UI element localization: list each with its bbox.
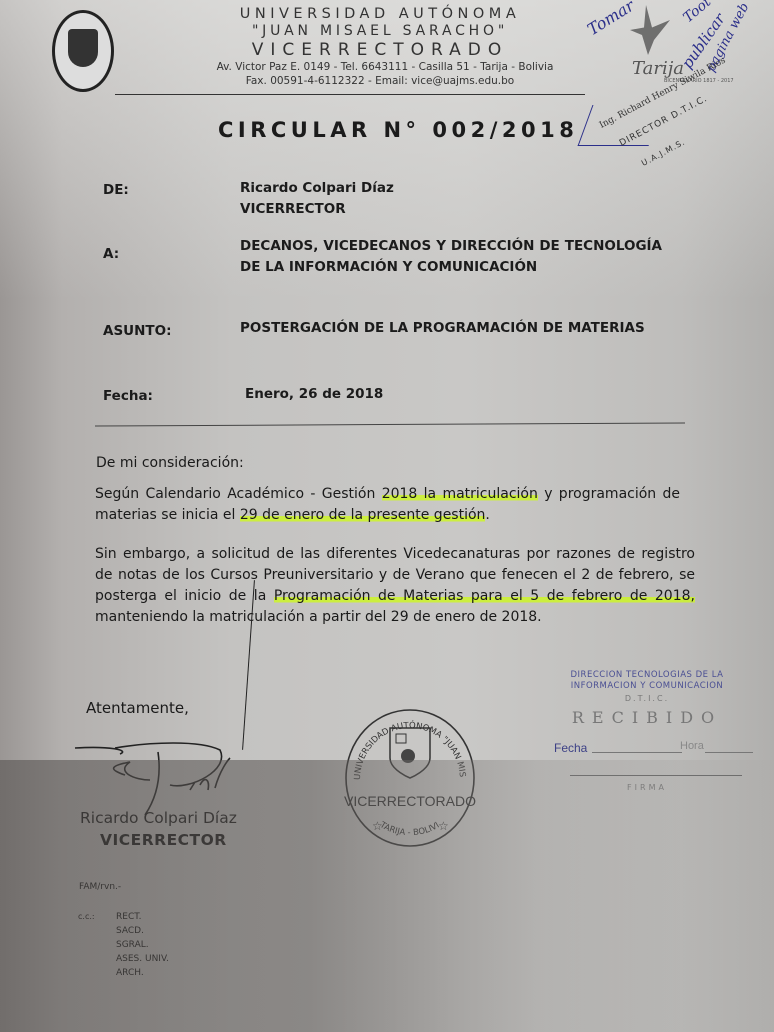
sender-role: VICERRECTOR (240, 199, 662, 220)
letterhead-university: UNIVERSIDAD AUTÓNOMA (180, 6, 580, 22)
cc-item: RECT. (116, 910, 169, 924)
field-value-a: DECANOS, VICEDECANOS Y DIRECCIÓN DE TECN… (240, 236, 662, 278)
stamp-firma-line (570, 775, 742, 776)
cc-item: SGRAL. (116, 938, 169, 952)
field-label-a: A: (103, 246, 119, 262)
letterhead-university-name: "JUAN MISAEL SARACHO" (180, 23, 580, 39)
stamp-status: RECIBIDO (552, 708, 742, 727)
p2-highlight: Programación de Materias para el 5 de fe… (274, 588, 695, 604)
cc-item: ASES. UNIV. (116, 952, 169, 966)
seal-center-text: VICERRECTORADO (344, 793, 476, 809)
handwritten-note: Tomar (584, 0, 638, 39)
field-value-asunto: POSTERGACIÓN DE LA PROGRAMACIÓN DE MATER… (240, 318, 662, 339)
stamp-hora-line (705, 752, 753, 753)
field-label-de: DE: (103, 182, 129, 198)
stamp-line-2: INFORMACION Y COMUNICACION (552, 681, 742, 691)
university-logo (52, 10, 114, 92)
letterhead-contact: Fax. 00591-4-6112322 - Email: vice@uajms… (180, 75, 580, 87)
cc-item: SACD. (116, 924, 169, 938)
letterhead-divider (115, 94, 585, 95)
greeting: De mi consideración: (96, 453, 244, 474)
seal-bottom-text: TARIJA - BOLIVIA (338, 700, 441, 838)
handwritten-signature (70, 730, 250, 815)
stamp-fecha-label: Fecha (554, 741, 587, 755)
stamp-line-1: DIRECCION TECNOLOGIAS DE LA (552, 670, 742, 680)
body-paragraph-2: Sin embargo, a solicitud de las diferent… (95, 544, 695, 628)
p1-text-3: . (485, 507, 489, 523)
closing: Atentamente, (86, 698, 189, 719)
bicentenary-logo-text: Tarija (632, 58, 684, 79)
field-label-fecha: Fecha: (103, 388, 153, 404)
cc-list: RECT. SACD. SGRAL. ASES. UNIV. ARCH. (116, 910, 169, 980)
signer-name: Ricardo Colpari Díaz (80, 808, 237, 829)
field-label-asunto: ASUNTO: (103, 323, 172, 339)
header-divider (95, 422, 685, 426)
shield-icon (68, 29, 98, 67)
stamp-line-3: D.T.I.C. (552, 694, 742, 703)
signer-role: VICERRECTOR (100, 830, 227, 851)
stamp-hora-label: Hora (680, 740, 704, 752)
stamp-firma-label: FIRMA (552, 783, 742, 792)
circular-title: CIRCULAR N° 002/2018 (218, 118, 578, 142)
p1-text: Según Calendario Académico - Gestión (95, 486, 382, 502)
body-paragraph-1: Según Calendario Académico - Gestión 201… (95, 484, 680, 526)
vicerrectorado-seal: UNIVERSIDAD AUTÓNOMA "JUAN MISAEL SARACH… (338, 700, 478, 850)
svg-text:TARIJA - BOLIVIA: TARIJA - BOLIVIA (338, 700, 441, 838)
svg-text:☆: ☆ (438, 819, 449, 833)
reference-initials: FAM/rvn.- (79, 882, 121, 892)
cc-item: ARCH. (116, 966, 169, 980)
letterhead-address: Av. Victor Paz E. 0149 - Tel. 6643111 - … (170, 61, 600, 73)
stamp-fecha-line (592, 752, 682, 753)
p1-highlight-2: 29 de enero de la presente gestión (240, 507, 486, 523)
p1-highlight-1: 2018 la matriculación (382, 486, 538, 502)
field-value-fecha: Enero, 26 de 2018 (245, 384, 667, 405)
p2-text-2: manteniendo la matriculación a partir de… (95, 609, 542, 625)
field-value-de: Ricardo Colpari Díaz VICERRECTOR (240, 178, 662, 220)
sender-name: Ricardo Colpari Díaz (240, 178, 662, 199)
letterhead-office: VICERRECTORADO (180, 40, 580, 60)
cc-label: c.c.: (78, 912, 95, 921)
